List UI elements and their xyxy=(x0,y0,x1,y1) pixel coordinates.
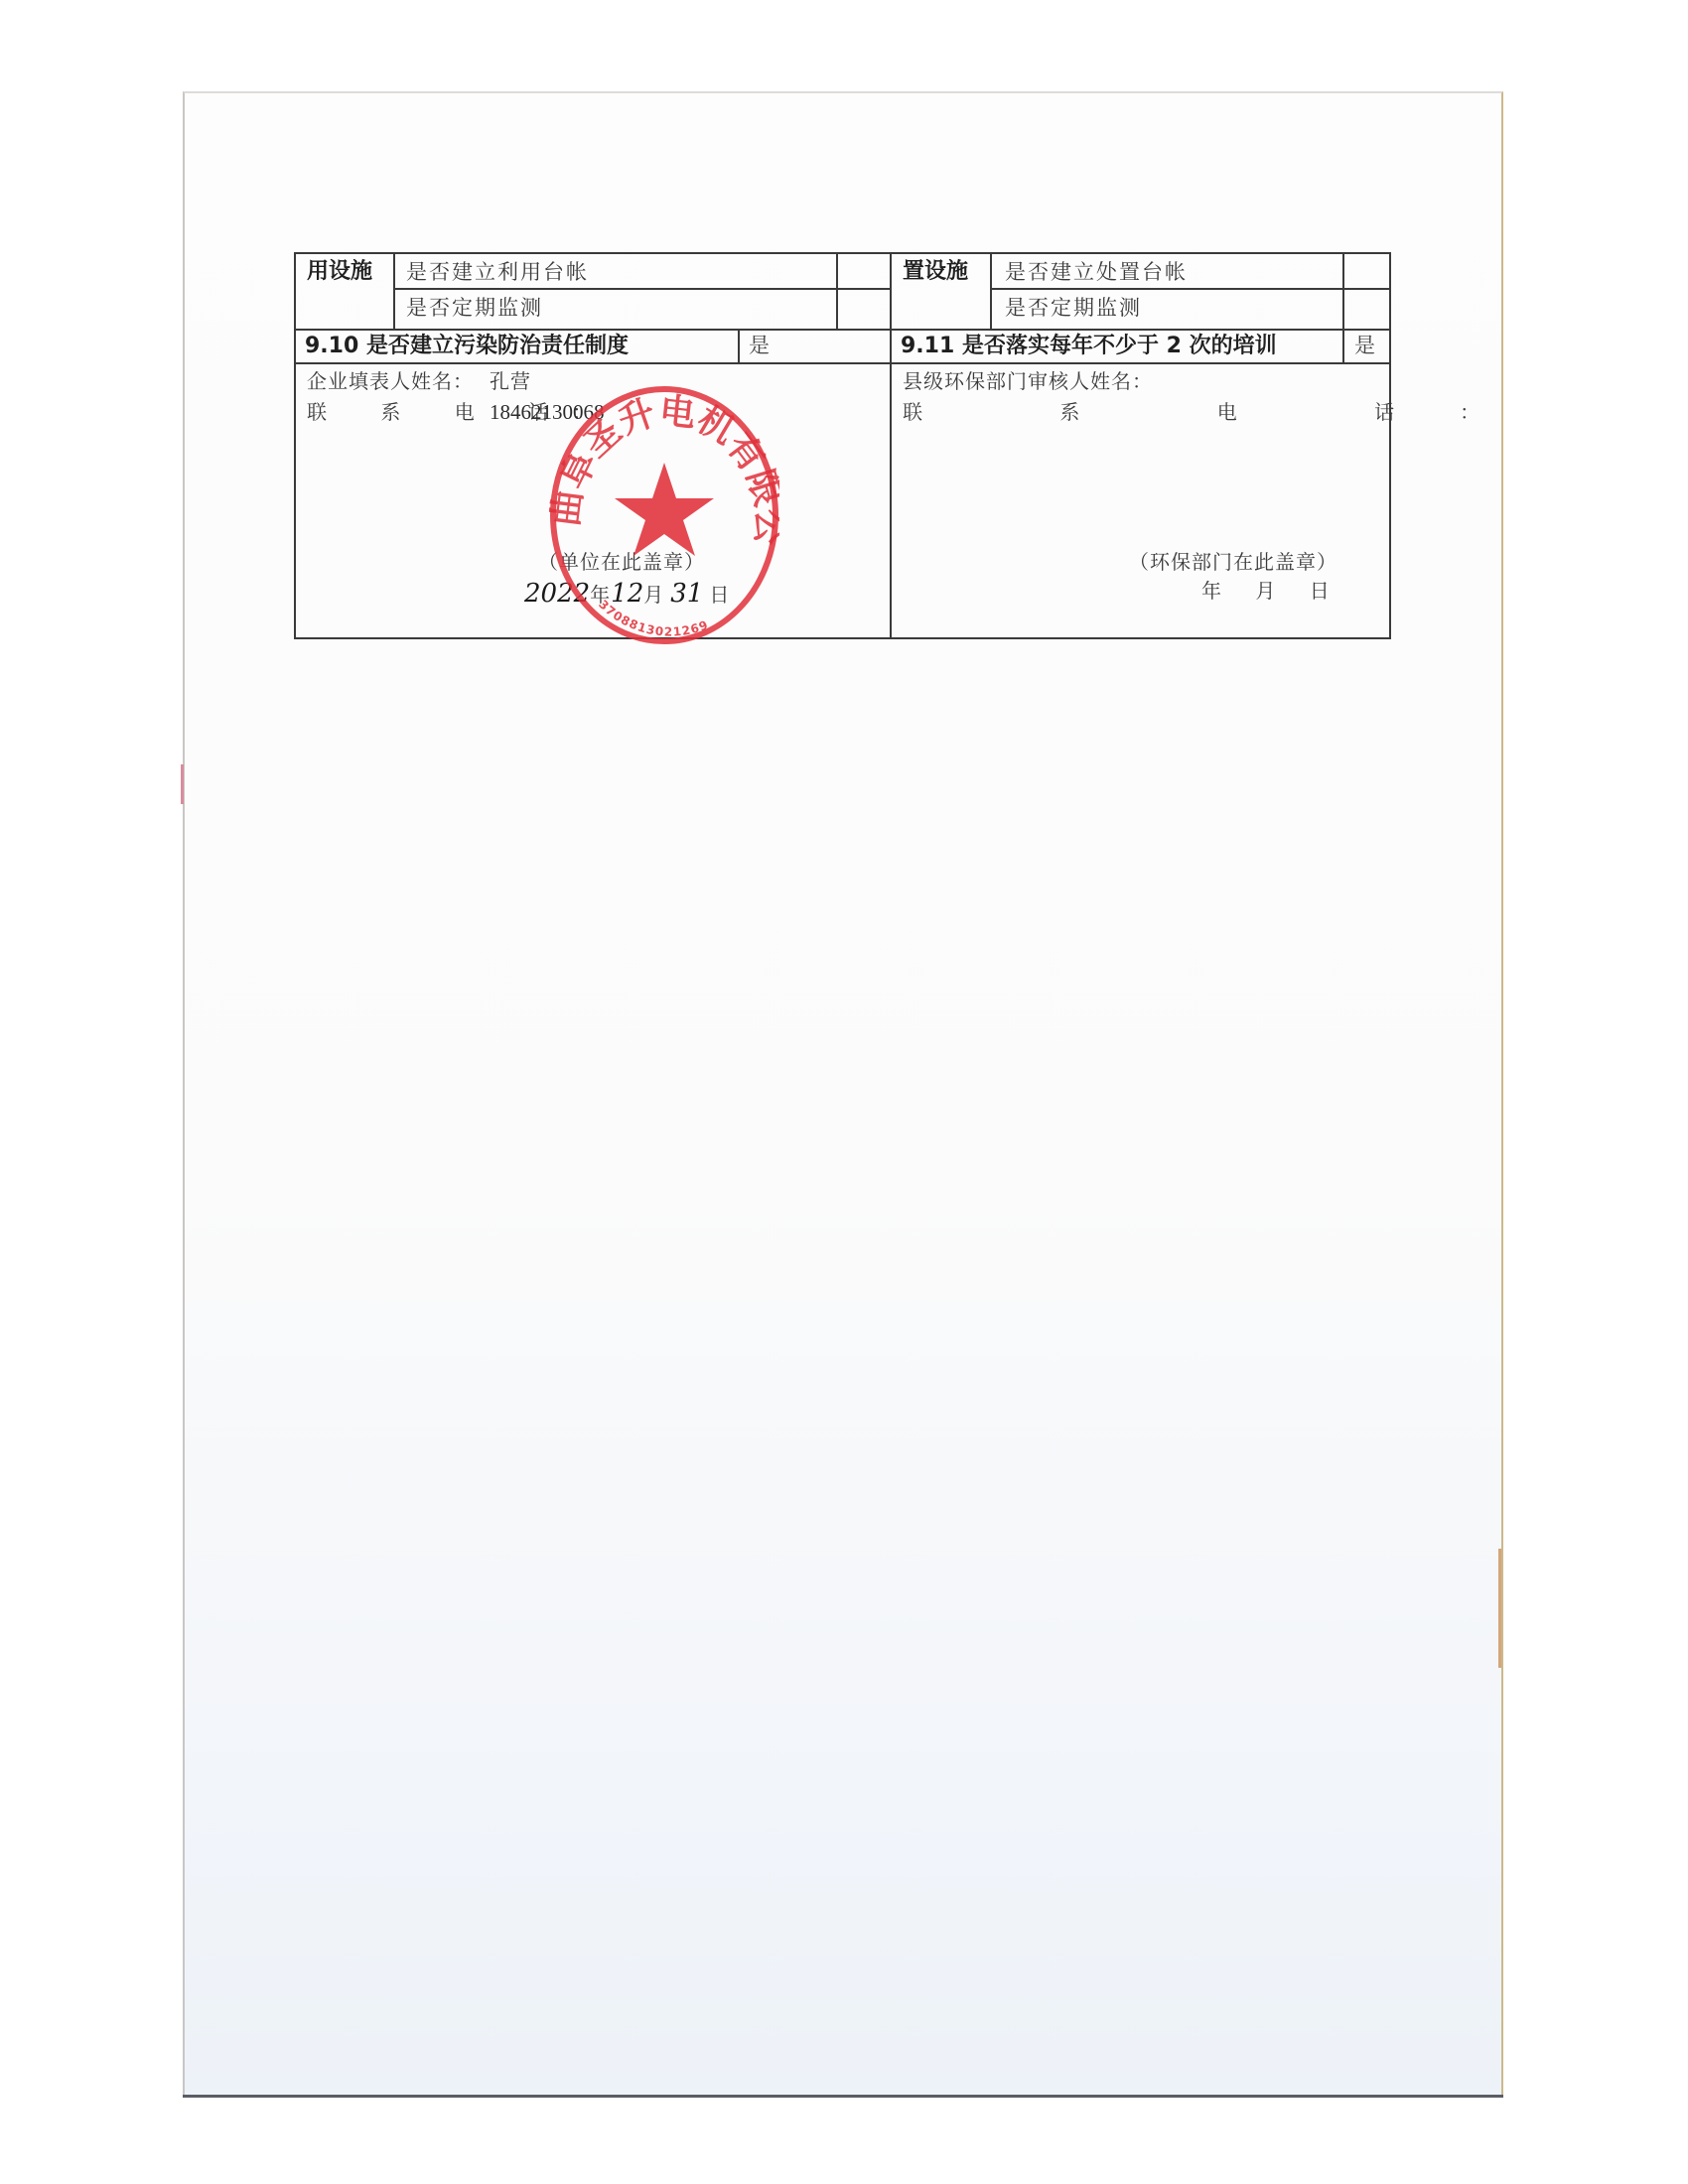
right-category-divider xyxy=(990,252,992,330)
row-9-top xyxy=(295,329,1391,331)
right-category-label: 置设施 xyxy=(903,261,968,283)
table-border-top xyxy=(295,252,1391,254)
left-category-divider xyxy=(393,252,395,330)
enterprise-date[interactable]: 2022年12月31日 xyxy=(524,581,730,607)
table-border-right xyxy=(1389,252,1391,639)
reviewer-date[interactable]: 年 月 日 xyxy=(1201,581,1343,601)
left-row-divider xyxy=(394,288,891,290)
reviewer-seal-note: （环保部门在此盖章） xyxy=(1129,552,1337,572)
reviewer-name-label: 县级环保部门审核人姓名： xyxy=(903,371,1153,391)
right-row-divider xyxy=(991,288,1390,290)
item-9-11-answer[interactable]: 是 xyxy=(1354,336,1375,356)
date-day: 31 xyxy=(670,579,703,609)
enterprise-name-label: 企业填表人姓名： xyxy=(307,371,474,391)
left-category-label: 用设施 xyxy=(307,261,372,283)
left-row-item: 是否定期监测 xyxy=(406,298,543,319)
item-9-10-answer[interactable]: 是 xyxy=(749,336,770,356)
left-row-item: 是否建立利用台帐 xyxy=(406,262,589,283)
right-row-item: 是否定期监测 xyxy=(1005,298,1142,319)
reviewer-phone-label: 联 系 电 话： xyxy=(903,402,1545,422)
left-value-divider xyxy=(836,252,838,330)
row-9-bottom xyxy=(295,362,1391,364)
right-row-item: 是否建立处置台帐 xyxy=(1005,262,1188,283)
row-9-10-answer-divider xyxy=(738,329,740,363)
enterprise-seal-note: （单位在此盖章） xyxy=(538,552,705,572)
right-value-divider xyxy=(1342,252,1344,363)
item-9-10-question: 9.10 是否建立污染防治责任制度 xyxy=(305,336,629,357)
table-center-divider xyxy=(890,252,892,639)
date-year: 2022 xyxy=(524,579,590,609)
enterprise-phone-value[interactable]: 18462130068 xyxy=(490,402,605,423)
table-border-left xyxy=(294,252,296,639)
enterprise-name-value[interactable]: 孔营 xyxy=(490,371,531,391)
date-month: 12 xyxy=(611,579,643,609)
table-border-bottom xyxy=(295,637,1391,639)
item-9-11-question: 9.11 是否落实每年不少于 2 次的培训 xyxy=(901,336,1277,357)
paper-edge-tint xyxy=(181,764,184,804)
paper-edge-tint xyxy=(1498,1549,1501,1668)
